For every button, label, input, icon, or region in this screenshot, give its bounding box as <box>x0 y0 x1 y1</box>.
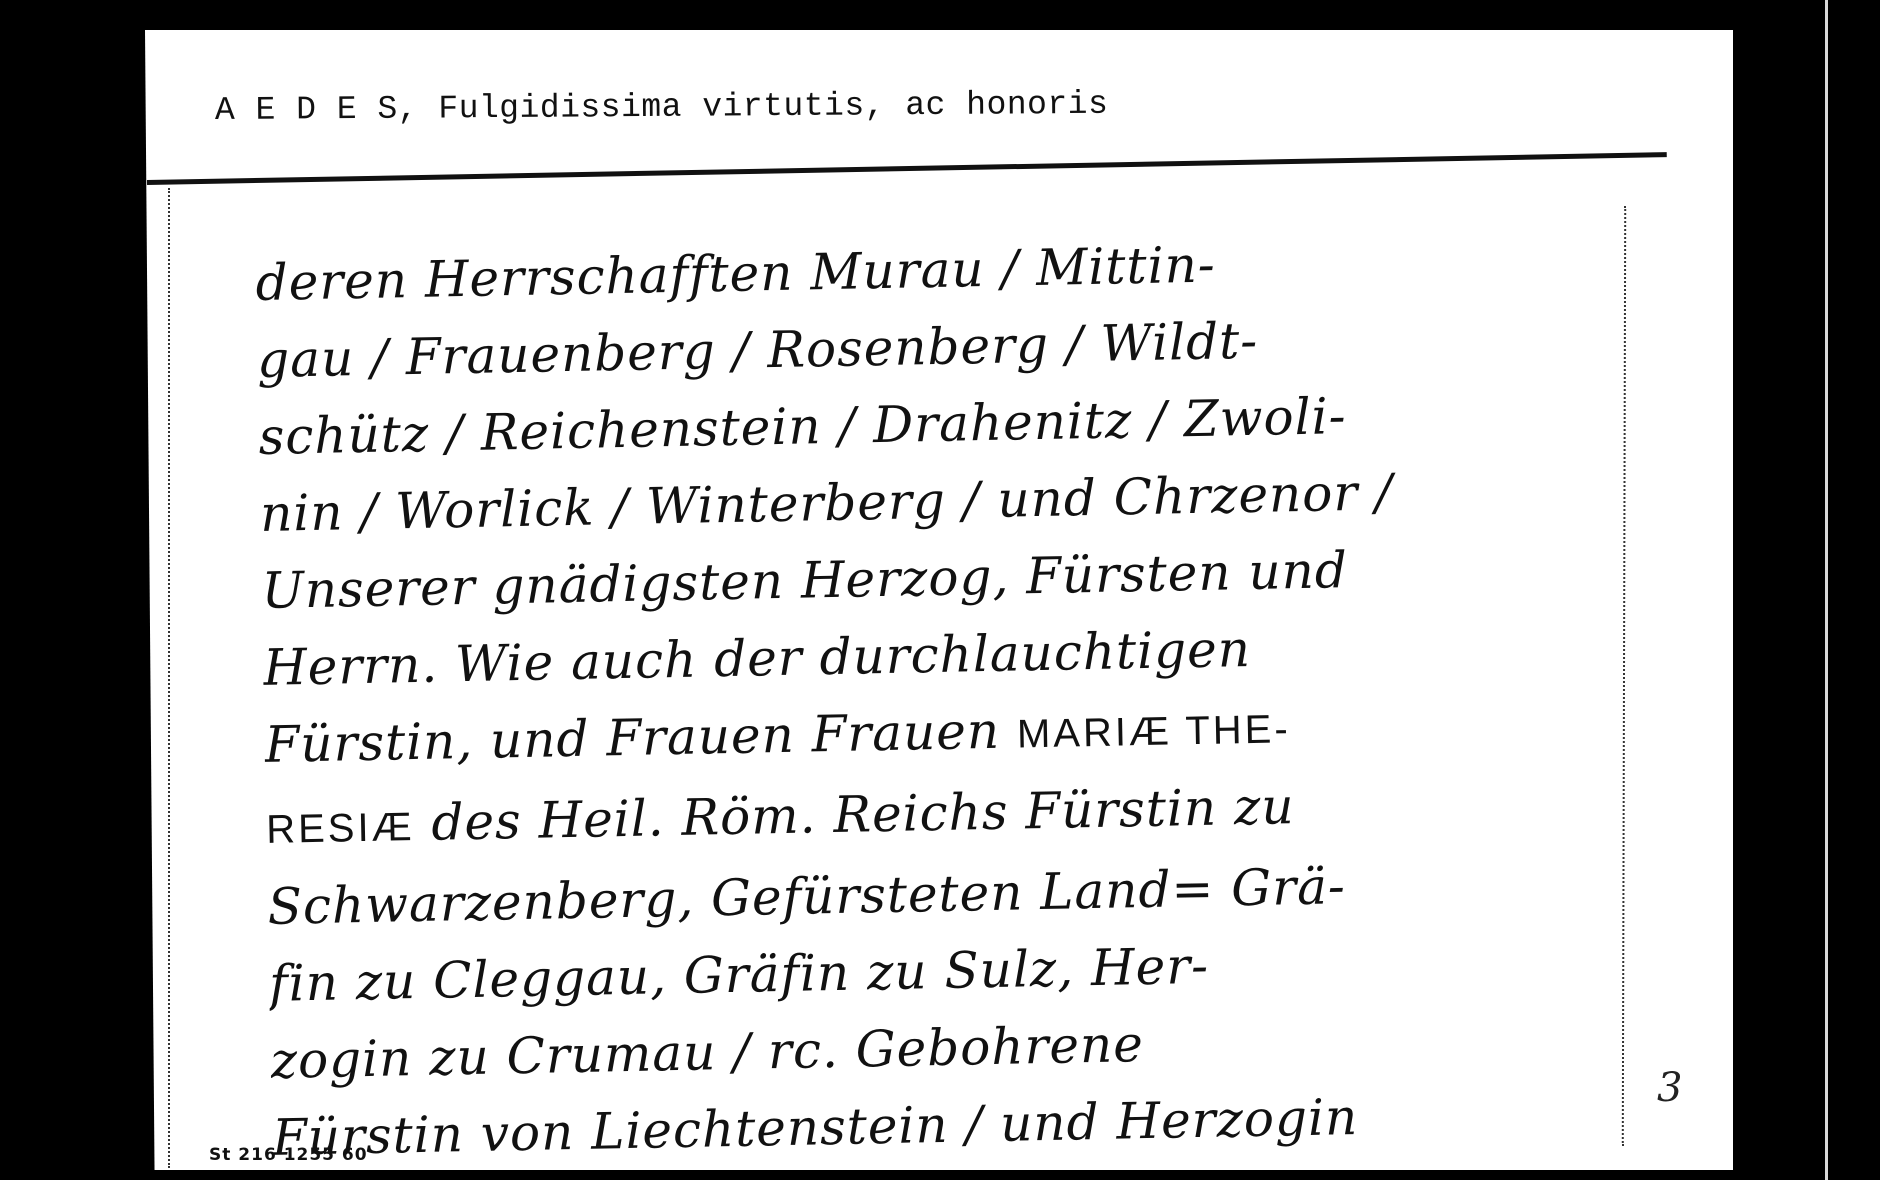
left-margin-line <box>168 188 170 1168</box>
capital-name-text: MARIÆ THE- <box>1017 707 1292 756</box>
archive-stamp: St 216 1255 60 <box>209 1145 368 1165</box>
scan-edge-line <box>1825 0 1828 1180</box>
header-rule <box>147 152 1667 185</box>
handwritten-text-block: deren Herrschafften Murau / Mittin- gau … <box>255 219 1633 1177</box>
capital-name-text: RESIÆ <box>266 805 415 852</box>
scanned-page: A E D E S, Fulgidissima virtutis, ac hon… <box>145 30 1733 1170</box>
page-header-title: A E D E S, Fulgidissima virtutis, ac hon… <box>215 86 1109 129</box>
page-number: 3 <box>1657 1065 1682 1111</box>
